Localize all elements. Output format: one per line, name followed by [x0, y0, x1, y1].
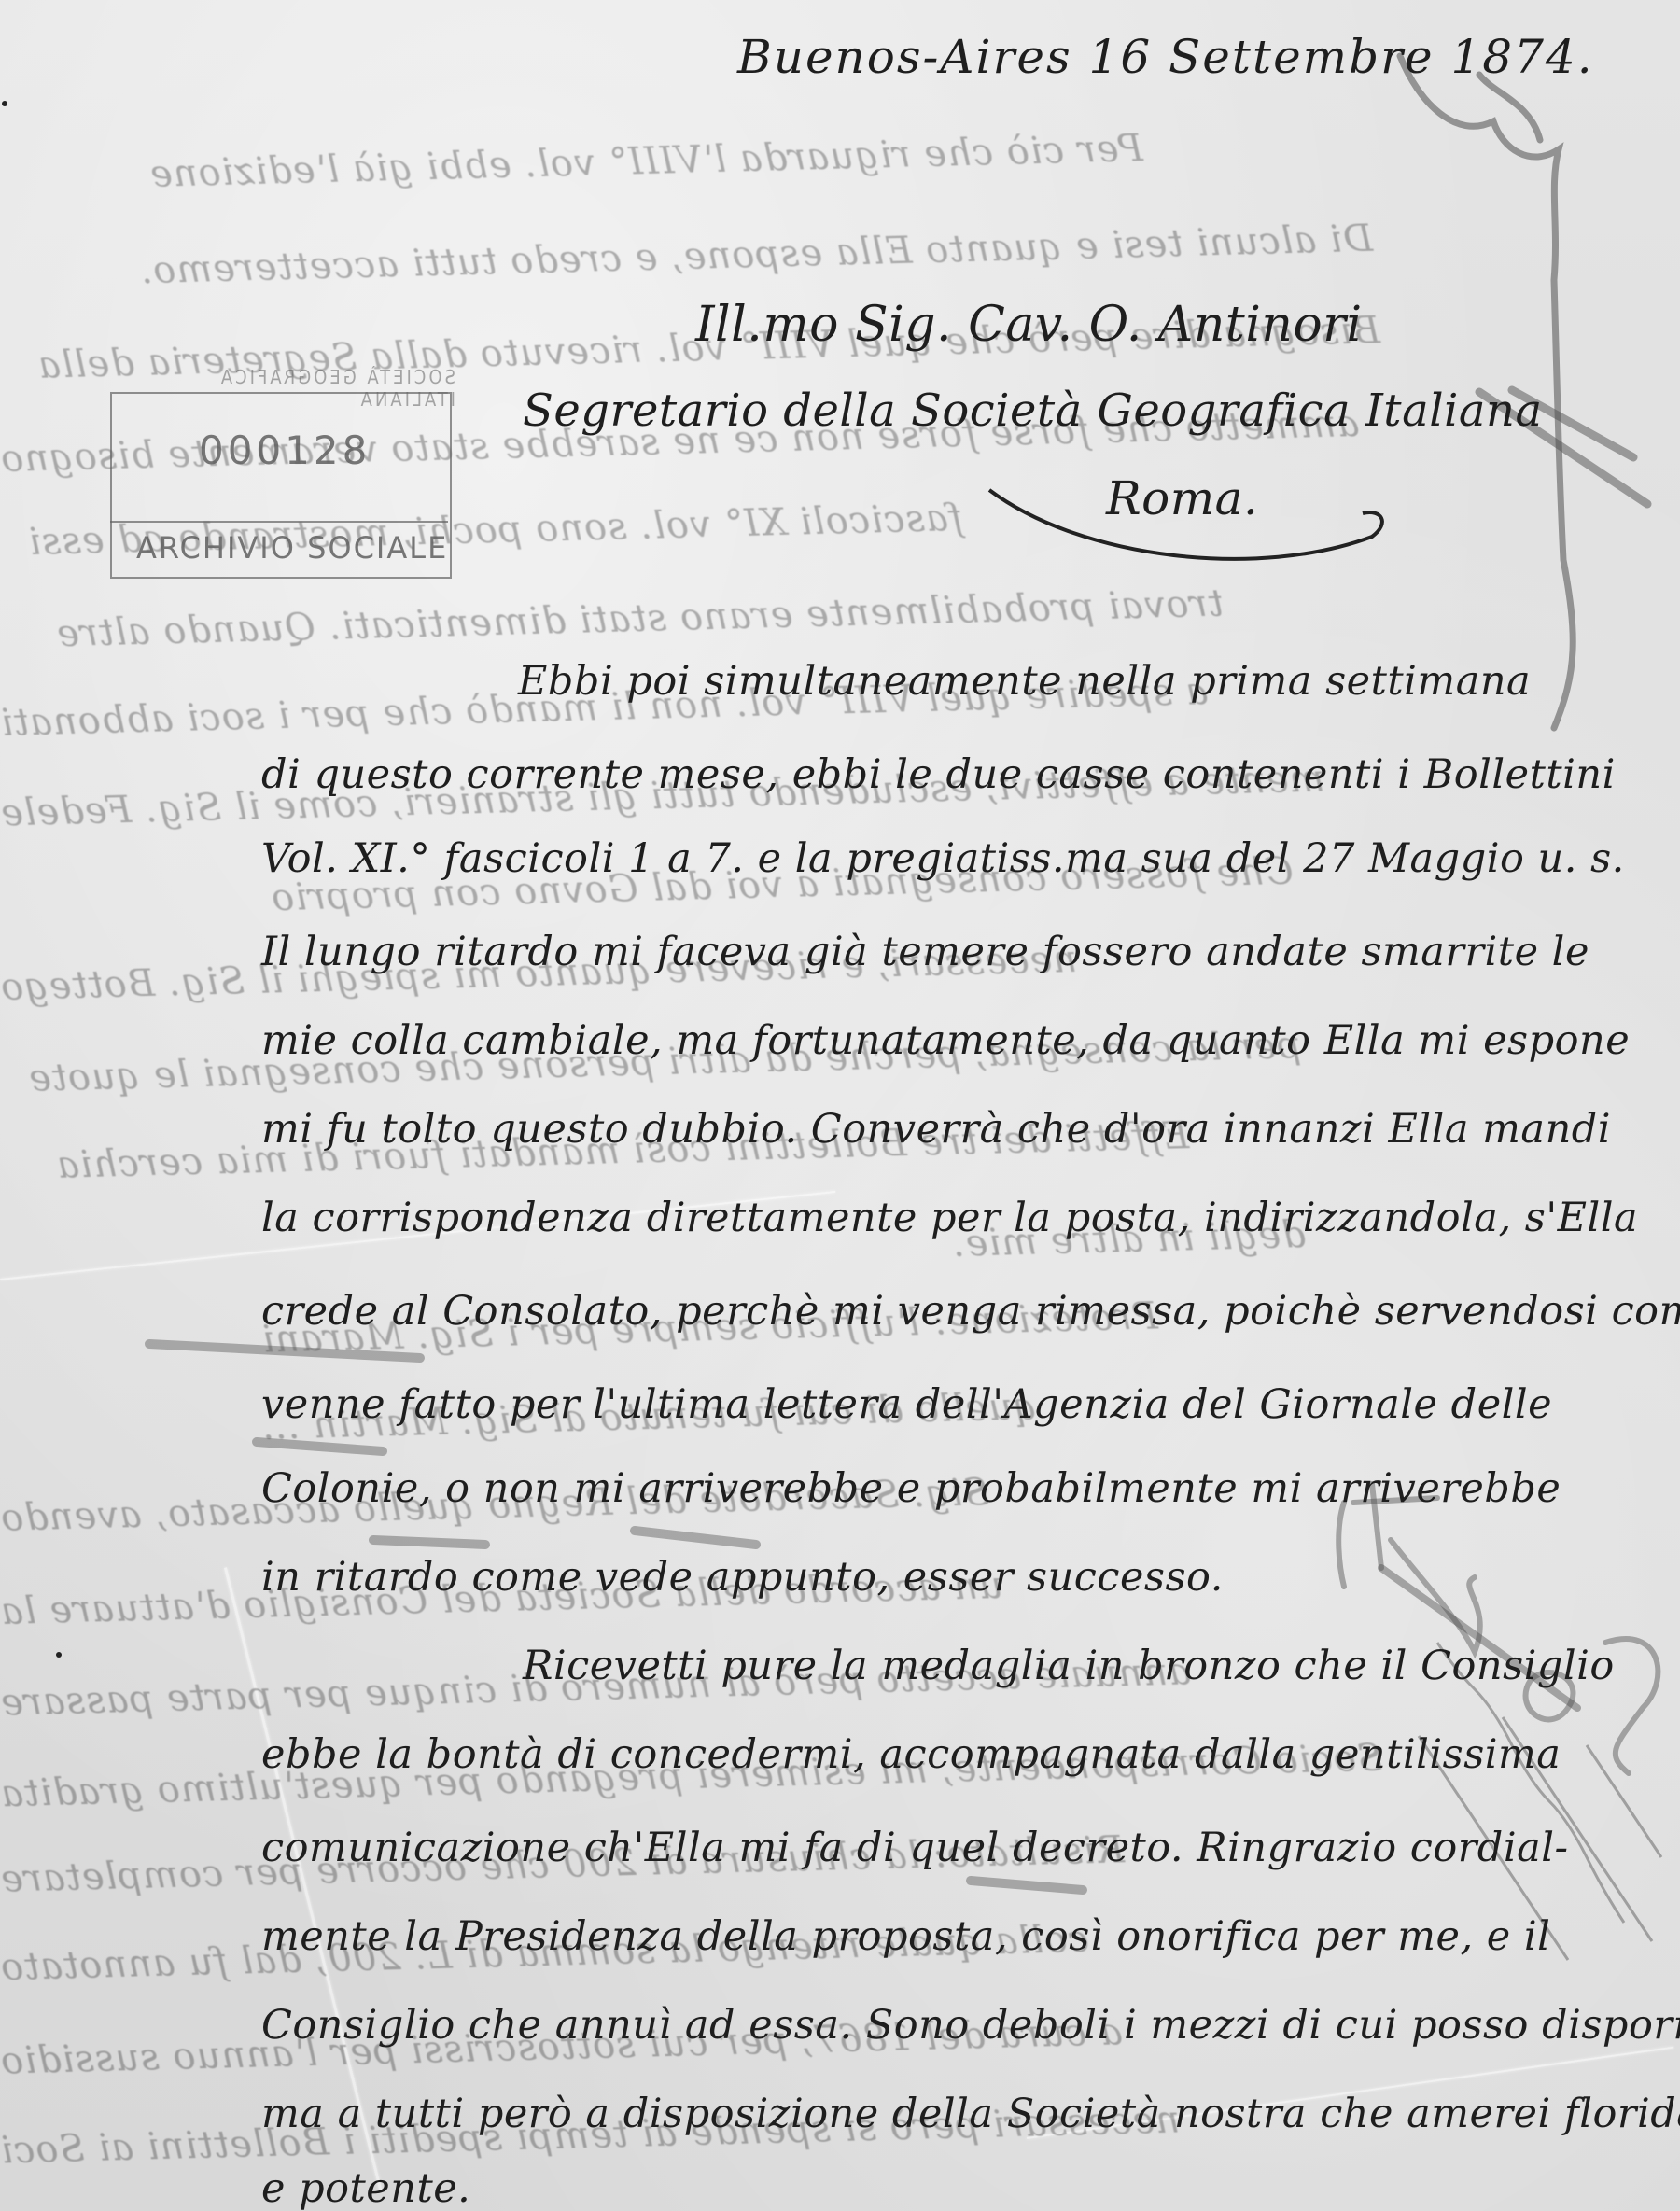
body-line: Consiglio che annuì ad essa. Sono deboli…	[261, 2002, 1680, 2049]
archive-stamp: SOCIETÀ GEOGRAFICA ITALIANA 000128 ARCHI…	[110, 392, 455, 579]
body-line: comunicazione ch'Ella mi fa di quel decr…	[261, 1825, 1569, 1871]
body-line: Ricevetti pure la medaglia in bronzo che…	[523, 1643, 1615, 1689]
body-line: Colonie, o non mi arriverebbe e probabil…	[261, 1465, 1561, 1512]
body-line: ebbe la bontà di concedermi, accompagnat…	[261, 1731, 1561, 1778]
body-line: crede al Consolato, perchè mi venga rime…	[261, 1288, 1680, 1335]
stamp-archive-number: 000128	[199, 427, 371, 473]
body-line: in ritardo come vede appunto, esser succ…	[261, 1554, 1224, 1601]
addressee-title: Segretario della Società Geografica Ital…	[523, 385, 1543, 437]
body-line: mi fu tolto questo dubbio. Converrà che …	[261, 1106, 1611, 1153]
stamp-divider	[110, 521, 448, 523]
body-line: Il lungo ritardo mi faceva già temere fo…	[261, 929, 1589, 975]
body-line: ma a tutti però a disposizione della Soc…	[261, 2091, 1680, 2137]
body-line: mie colla cambiale, ma fortunatamente, d…	[261, 1017, 1630, 1064]
body-line: mente la Presidenza della proposta, così…	[261, 1913, 1550, 1960]
body-line: Vol. XI.° fascicoli 1 a 7. e la pregiati…	[261, 835, 1625, 882]
addressee-name: Ill.mo Sig. Cav. O. Antinori	[695, 297, 1363, 353]
addressee-city: Roma.	[1106, 471, 1258, 525]
body-line: Ebbi poi simultaneamente nella prima set…	[518, 658, 1531, 705]
body-line: di questo corrente mese, ebbi le due cas…	[261, 751, 1616, 798]
stamp-archive-label: ARCHIVIO SOCIALE	[136, 530, 448, 566]
body-line: la corrispondenza direttamente per la po…	[261, 1195, 1638, 1241]
letter-date-line: Buenos-Aires 16 Settembre 1874.	[737, 30, 1594, 84]
body-line: e potente.	[261, 2165, 470, 2211]
ink-dot	[56, 1652, 62, 1658]
body-line: venne fatto per l'ultima lettera dell'Ag…	[261, 1381, 1552, 1428]
ink-dot	[2, 101, 7, 106]
